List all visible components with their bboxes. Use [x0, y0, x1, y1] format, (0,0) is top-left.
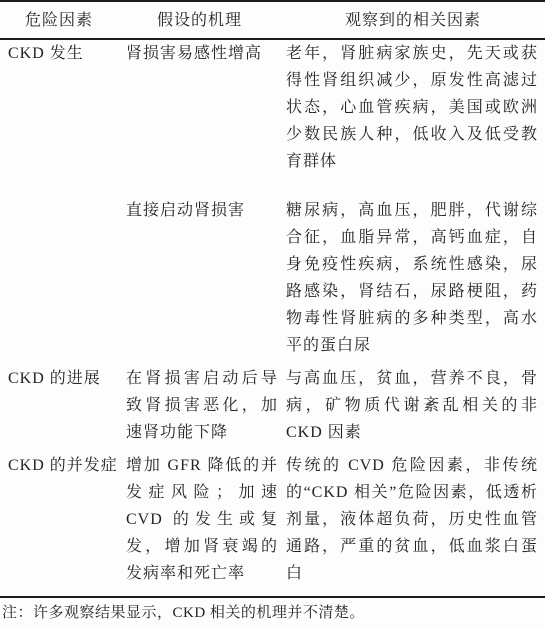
column-header-risk-factor: 危险因素: [0, 7, 118, 34]
row-entries: 肾损害易感性增高 老年，肾脏病家族史，先天或获得性肾组织减少，原发性高滤过状态，…: [118, 40, 545, 359]
row-entries: 增加 GFR 降低的并发症风险；加速 CVD 的发生或复发，增加肾衰竭的发病率和…: [118, 452, 545, 587]
column-header-mechanism: 假设的机理: [118, 7, 281, 34]
scanned-document-page: 危险因素 假设的机理 观察到的相关因素 CKD 发生 肾损害易感性增高 老年，肾…: [0, 0, 545, 627]
mechanism-cell: 肾损害易感性增高: [118, 40, 278, 67]
mechanism-entry: 增加 GFR 降低的并发症风险；加速 CVD 的发生或复发，增加肾衰竭的发病率和…: [118, 452, 545, 587]
risk-factor-cell: CKD 的并发症: [0, 452, 118, 479]
mechanism-cell: 增加 GFR 降低的并发症风险；加速 CVD 的发生或复发，增加肾衰竭的发病率和…: [118, 452, 278, 587]
column-header-observed-factors: 观察到的相关因素: [281, 7, 545, 34]
mechanism-entry: 直接启动肾损害 糖尿病，高血压，肥胖，代谢综合征，血脂异常，高钙血症，自身免疫性…: [118, 197, 545, 359]
table-row-ckd-complications: CKD 的并发症 增加 GFR 降低的并发症风险；加速 CVD 的发生或复发，增…: [0, 452, 545, 587]
mechanism-cell: 直接启动肾损害: [118, 197, 278, 224]
mechanism-cell: 在肾损害启动后导致肾损害恶化，加速肾功能下降: [118, 365, 278, 446]
table-row-ckd-progression: CKD 的进展 在肾损害启动后导致肾损害恶化，加速肾功能下降 与高血压，贫血，营…: [0, 365, 545, 446]
table-footnote: 注：许多观察结果显示，CKD 相关的机理并不清楚。: [0, 598, 545, 625]
table-header-row: 危险因素 假设的机理 观察到的相关因素: [0, 2, 545, 40]
table-row-ckd-onset: CKD 发生 肾损害易感性增高 老年，肾脏病家族史，先天或获得性肾组织减少，原发…: [0, 40, 545, 359]
observed-factors-cell: 糖尿病，高血压，肥胖，代谢综合征，血脂异常，高钙血症，自身免疫性疾病，系统性感染…: [278, 197, 545, 359]
mechanism-entry: 肾损害易感性增高 老年，肾脏病家族史，先天或获得性肾组织减少，原发性高滤过状态，…: [118, 40, 545, 175]
row-entries: 在肾损害启动后导致肾损害恶化，加速肾功能下降 与高血压，贫血，营养不良，骨病，矿…: [118, 365, 545, 446]
table-body: CKD 发生 肾损害易感性增高 老年，肾脏病家族史，先天或获得性肾组织减少，原发…: [0, 40, 545, 587]
mechanism-entry: 在肾损害启动后导致肾损害恶化，加速肾功能下降 与高血压，贫血，营养不良，骨病，矿…: [118, 365, 545, 446]
ckd-risk-factor-table: 危险因素 假设的机理 观察到的相关因素 CKD 发生 肾损害易感性增高 老年，肾…: [0, 0, 545, 587]
observed-factors-cell: 传统的 CVD 危险因素，非传统的“CKD 相关”危险因素，低透析剂量，液体超负…: [278, 452, 545, 587]
observed-factors-cell: 老年，肾脏病家族史，先天或获得性肾组织减少，原发性高滤过状态，心血管疾病，美国或…: [278, 40, 545, 175]
observed-factors-cell: 与高血压，贫血，营养不良，骨病，矿物质代谢紊乱相关的非 CKD 因素: [278, 365, 545, 446]
risk-factor-cell: CKD 发生: [0, 40, 118, 67]
risk-factor-cell: CKD 的进展: [0, 365, 118, 392]
